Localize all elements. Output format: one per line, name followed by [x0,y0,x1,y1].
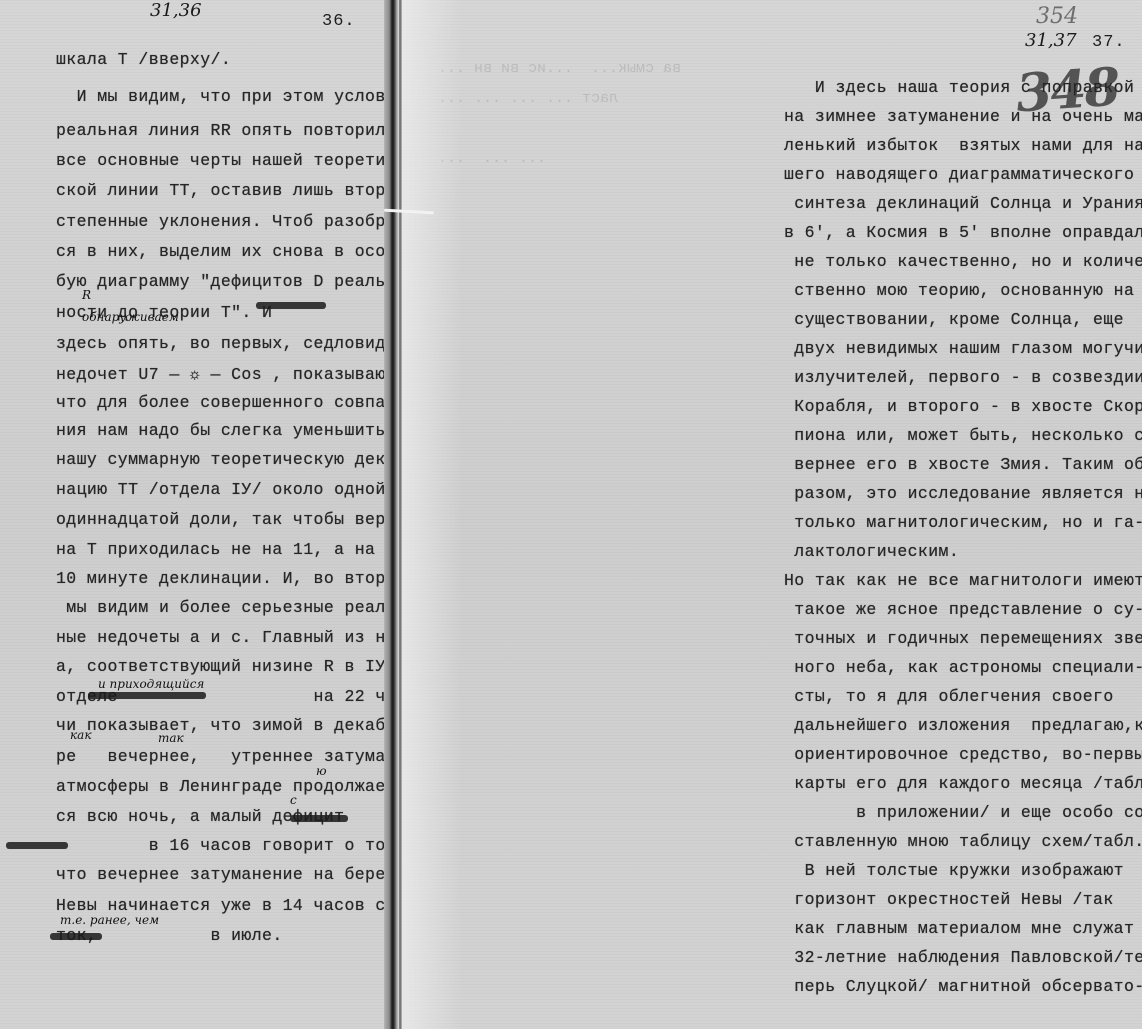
archive-number: 31,36 [150,0,202,21]
text-line: ориентировочное средство, во-первых [784,745,1142,764]
text-line: на Т приходилась не на 11, а на [56,540,375,559]
text-line: Корабля, и второго - в хвосте Скор- [784,397,1142,416]
handwritten-note: и приходящийся [98,677,204,691]
text-line: все основные черты нашей теоретиче [56,151,406,170]
text-line: как главным материалом мне служат [784,919,1134,938]
text-line: вернее его в хвосте Змия. Таким об- [784,455,1142,474]
text-line: реальная линия RR опять повторила [56,121,396,140]
text-line: шкала Т /вверху/. [56,50,231,69]
text-line: на зимнее затуманение и на очень ма [784,107,1142,126]
text-line: 10 минуте деклинации. И, во вторых [56,569,406,588]
handwritten-note: ю [316,764,327,778]
text-line: горизонт окрестностей Невы /так [784,890,1114,909]
text-line: такое же ясное представление о су- [784,600,1142,619]
text-line: одиннадцатой доли, так чтобы верши [56,510,406,529]
page-number: 37. [1092,33,1126,52]
page-shadow [402,0,462,1029]
text-line: в приложении/ и еще особо со [784,803,1142,822]
text-line: 32-летние наблюдения Павловской/те [784,948,1142,967]
text-line: а, соответствующий низине R в IУ [56,657,386,676]
handwritten-note: обнаруживаем [82,310,179,324]
document-spread: 31,36 36. шкала Т /вверху/. И мы видим, … [0,0,1142,1029]
text-line: чи показывает, что зимой в декаб- [56,716,396,735]
text-line: лактологическим. [784,542,959,561]
text-line: ного неба, как астрономы специали- [784,658,1142,677]
text-line: сты, то я для облегчения своего [784,687,1114,706]
strikethrough-mark [6,842,68,849]
pencil-folio-number: 354 [1036,4,1078,29]
text-line: ся в них, выделим их снова в осо- [56,242,396,261]
text-line: синтеза деклинаций Солнца и Урания [784,194,1142,213]
text-line: ленький избыток взятых нами для на [784,136,1142,155]
handwritten-note: R [82,288,91,302]
handwritten-note: т.е. ранее, чем [60,913,159,927]
strikethrough-mark [50,933,102,940]
bleed-through-text: ва смык... ...ис ви вн ... [438,60,681,77]
text-line: нашу суммарную теоретическую декли [56,450,406,469]
text-line: что для более совершенного совпаде [56,393,406,412]
text-line: мы видим и более серьезные реаль- [56,598,406,617]
text-line: атмосферы в Ленинграде продолжается [56,777,417,796]
text-line: здесь опять, во первых, седловидный [56,334,417,353]
text-line: ния нам надо бы слегка уменьшить [56,421,386,440]
text-line: пиона или, может быть, несколько се [784,426,1142,445]
text-line: Но так как не все магнитологи имеют [784,571,1142,590]
text-line: в 6', а Космия в 5' вполне оправдали [784,223,1142,242]
text-line: излучителей, первого - в созвездии [784,368,1142,387]
text-line: ные недочеты а и с. Главный из них [56,628,406,647]
text-line: в 16 часов говорит о том, [56,836,406,855]
text-line: степенные уклонения. Чтоб разобрат [56,212,406,231]
text-line: недочет U7 — ☼ — Cos , показывающи [56,365,406,384]
text-line: что вечернее затуманение на берегах [56,865,417,884]
text-line: И здесь наша теория с поправкой [784,78,1134,97]
handwritten-note: так [158,731,184,745]
archive-number: 31,37 [1025,30,1077,51]
bleed-through-text: ласт ... ... ... ... [438,90,618,107]
handwritten-note: как [70,728,92,742]
text-line: перь Слуцкой/ магнитной обсервато- [784,977,1142,996]
text-line: И мы видим, что при этом условии [56,87,406,106]
strikethrough-mark [88,692,206,699]
text-line: ственно мою теорию, основанную на [784,281,1134,300]
text-line: нацию ТТ /отдела IУ/ около одной [56,480,386,499]
text-line: существовании, кроме Солнца, еще [784,310,1124,329]
text-line: ставленную мною таблицу схем/табл. [784,832,1142,851]
text-line: дальнейшего изложения предлагаю,как [784,716,1142,735]
text-line: бую диаграмму "дефицитов D реаль [56,272,386,291]
text-line: В ней толстые кружки изображают [784,861,1124,880]
text-line: карты его для каждого месяца /табл. [784,774,1142,793]
strikethrough-mark [290,815,348,822]
binding-gutter [384,0,402,1029]
right-page: 354 31,37 37. 348 И здесь наша теория с … [770,0,1142,1029]
text-line: двух невидимых нашим глазом могучих [784,339,1142,358]
text-line: ской линии ТТ, оставив лишь второ- [56,181,406,200]
text-line: разом, это исследование является не [784,484,1142,503]
text-line: ре вечернее, утреннее затуманени [56,747,427,766]
text-line: только магнитологическим, но и га- [784,513,1142,532]
strikethrough-mark [256,302,326,309]
text-line: шего наводящего диаграмматического [784,165,1134,184]
handwritten-note: с [290,793,297,807]
text-line: не только качественно, но и количе- [784,252,1142,271]
left-page: 31,36 36. шкала Т /вверху/. И мы видим, … [0,0,388,1029]
page-number: 36. [322,12,356,31]
text-line: точных и годичных перемещениях звез [784,629,1142,648]
